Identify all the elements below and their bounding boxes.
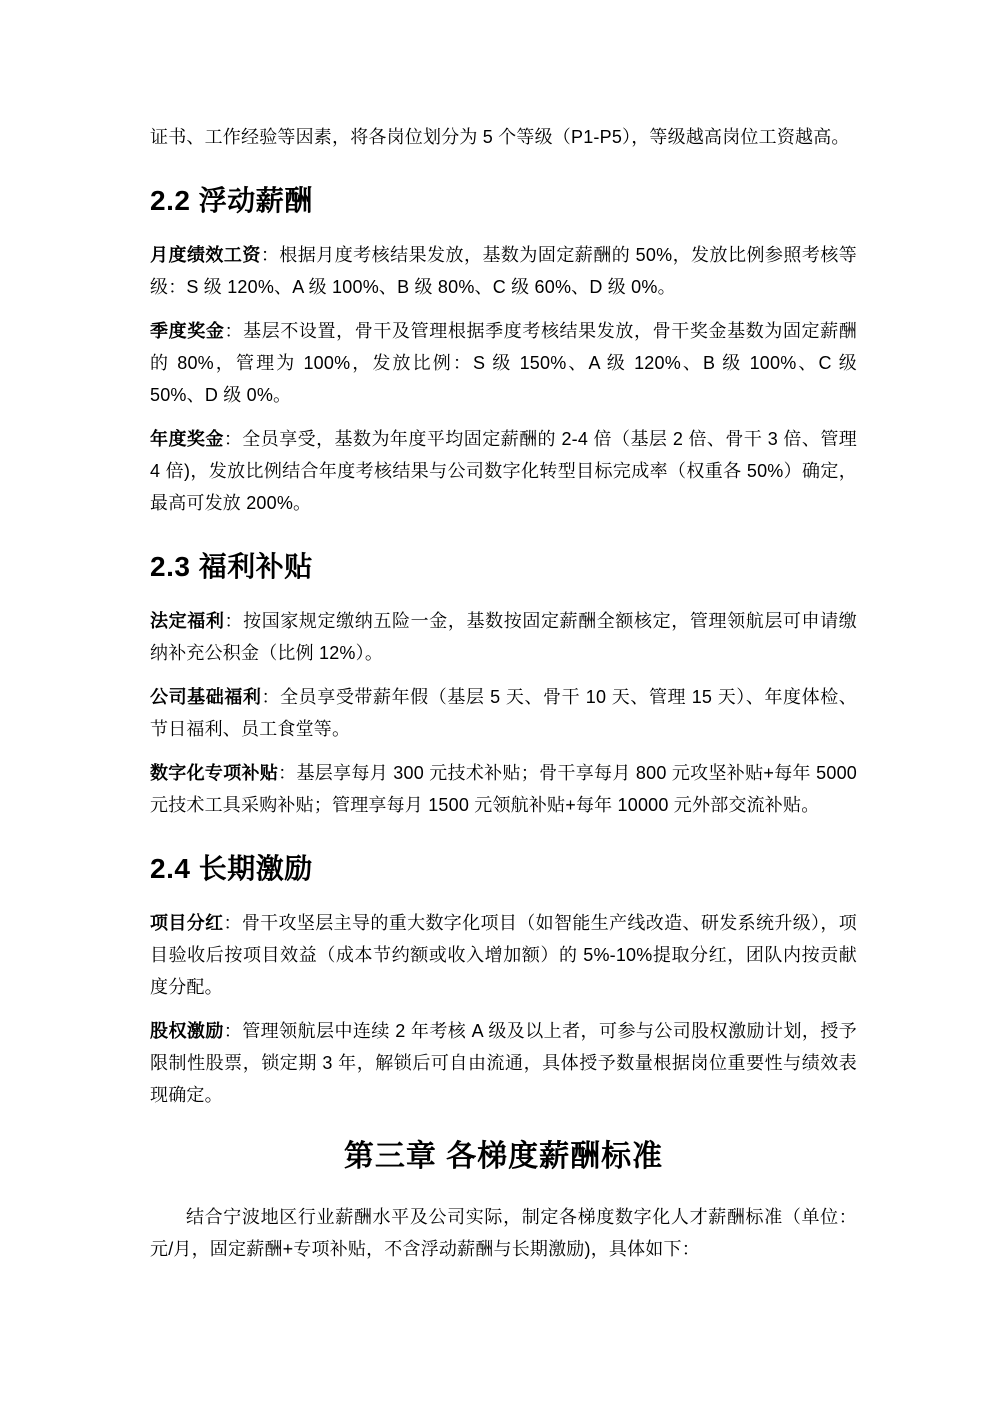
intro-paragraph: 证书、工作经验等因素，将各岗位划分为 5 个等级（P1-P5），等级越高岗位工资… [150, 121, 857, 153]
paragraph-label: 季度奖金 [150, 321, 224, 341]
section-long-term-incentive: 2.4 长期激励 项目分红：骨干攻坚层主导的重大数字化项目（如智能生产线改造、研… [150, 851, 857, 1111]
paragraph-equity-incentive: 股权激励：管理领航层中连续 2 年考核 A 级及以上者，可参与公司股权激励计划，… [150, 1015, 857, 1111]
paragraph-label: 股权激励 [150, 1021, 224, 1041]
paragraph-statutory-welfare: 法定福利：按国家规定缴纳五险一金，基数按固定薪酬全额核定，管理领航层可申请缴纳补… [150, 605, 857, 669]
paragraph-text: ：基层不设置，骨干及管理根据季度考核结果发放，骨干奖金基数为固定薪酬的 80%，… [150, 321, 857, 405]
section-heading-2-4: 2.4 长期激励 [150, 851, 857, 887]
paragraph-label: 月度绩效工资 [150, 245, 261, 265]
section-heading-2-3: 2.3 福利补贴 [150, 549, 857, 585]
paragraph-text: ：全员享受，基数为年度平均固定薪酬的 2-4 倍（基层 2 倍、骨干 3 倍、管… [150, 429, 857, 513]
paragraph-quarterly-bonus: 季度奖金：基层不设置，骨干及管理根据季度考核结果发放，骨干奖金基数为固定薪酬的 … [150, 315, 857, 411]
paragraph-label: 年度奖金 [150, 429, 224, 449]
document-page: 证书、工作经验等因素，将各岗位划分为 5 个等级（P1-P5），等级越高岗位工资… [0, 0, 1000, 1414]
section-floating-salary: 2.2 浮动薪酬 月度绩效工资：根据月度考核结果发放，基数为固定薪酬的 50%，… [150, 183, 857, 519]
paragraph-monthly-performance: 月度绩效工资：根据月度考核结果发放，基数为固定薪酬的 50%，发放比例参照考核等… [150, 239, 857, 303]
paragraph-text: ：管理领航层中连续 2 年考核 A 级及以上者，可参与公司股权激励计划，授予限制… [150, 1021, 857, 1105]
section-welfare-subsidy: 2.3 福利补贴 法定福利：按国家规定缴纳五险一金，基数按固定薪酬全额核定，管理… [150, 549, 857, 821]
paragraph-text: ：骨干攻坚层主导的重大数字化项目（如智能生产线改造、研发系统升级），项目验收后按… [150, 913, 857, 997]
paragraph-project-dividend: 项目分红：骨干攻坚层主导的重大数字化项目（如智能生产线改造、研发系统升级），项目… [150, 907, 857, 1003]
paragraph-label: 数字化专项补贴 [150, 763, 278, 783]
paragraph-text: ：按国家规定缴纳五险一金，基数按固定薪酬全额核定，管理领航层可申请缴纳补充公积金… [150, 611, 857, 663]
section-heading-2-2: 2.2 浮动薪酬 [150, 183, 857, 219]
paragraph-company-welfare: 公司基础福利：全员享受带薪年假（基层 5 天、骨干 10 天、管理 15 天）、… [150, 681, 857, 745]
paragraph-annual-bonus: 年度奖金：全员享受，基数为年度平均固定薪酬的 2-4 倍（基层 2 倍、骨干 3… [150, 423, 857, 519]
paragraph-label: 项目分红 [150, 913, 223, 933]
paragraph-label: 公司基础福利 [150, 687, 262, 707]
chapter-heading: 第三章 各梯度薪酬标准 [150, 1135, 857, 1179]
paragraph-label: 法定福利 [150, 611, 224, 631]
paragraph-digital-subsidy: 数字化专项补贴：基层享每月 300 元技术补贴；骨干享每月 800 元攻坚补贴+… [150, 757, 857, 821]
closing-paragraph: 结合宁波地区行业薪酬水平及公司实际，制定各梯度数字化人才薪酬标准（单位：元/月，… [150, 1201, 857, 1265]
